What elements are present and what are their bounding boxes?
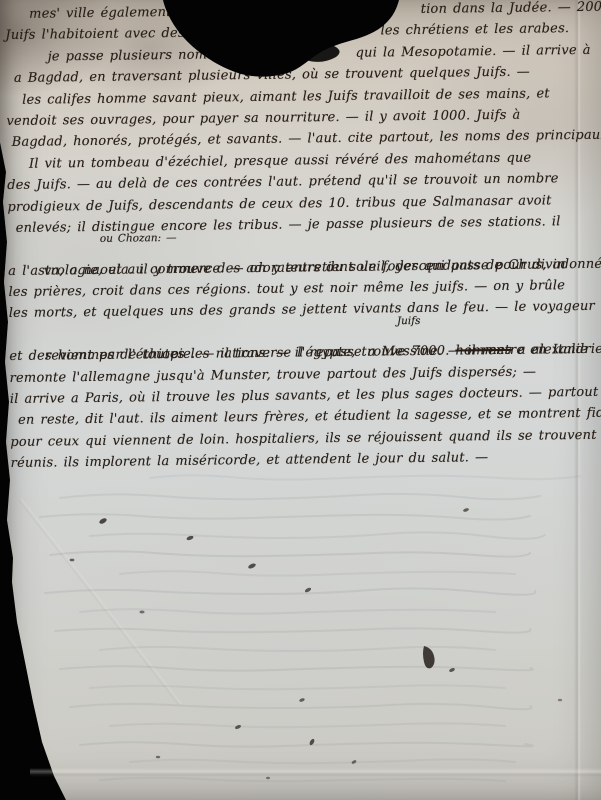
photograph-stage: mes' ville également tion dans la Judée.…: [0, 0, 601, 800]
interlinear-insert: Juifs: [397, 311, 421, 333]
handwriting-block: mes' ville également tion dans la Judée.…: [5, 0, 601, 475]
interlinear-insert: ou Chozan: —: [100, 228, 177, 250]
horizontal-fold-crease: [30, 768, 601, 777]
